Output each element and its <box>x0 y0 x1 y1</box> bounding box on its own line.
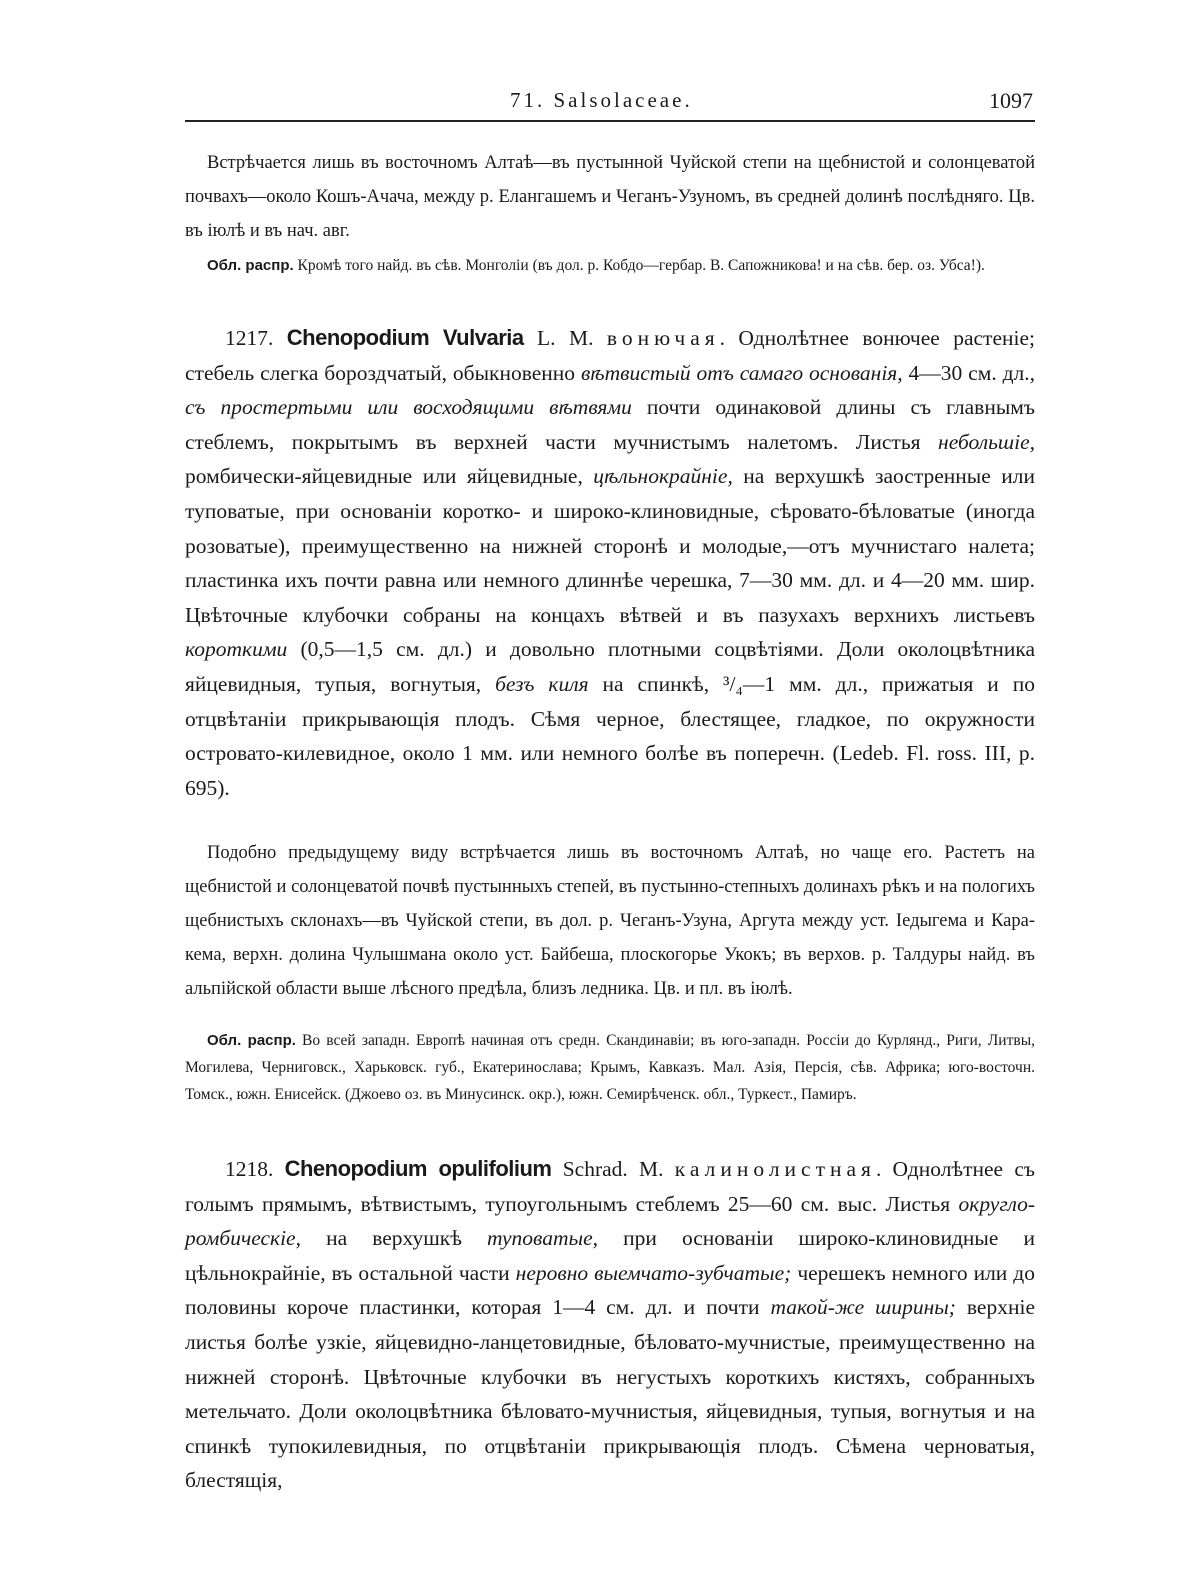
habitat-text: Подобно предыдущему виду встрѣчается лиш… <box>185 836 1035 1006</box>
species-entry-1218: 1218. Chenopodium opulifolium Schrad. М.… <box>185 1152 1035 1498</box>
page-number: 1097 <box>989 88 1033 114</box>
emphasis-text: неровно выемчато-зубчатые; <box>516 1261 792 1285</box>
habitat-paragraph-1217: Подобно предыдущему виду встрѣчается лиш… <box>185 836 1035 1006</box>
running-title: 71. Salsolaceae. <box>510 88 693 113</box>
running-header: 71. Salsolaceae. 1097 <box>185 88 1035 118</box>
description-text: 4—30 см. дл., <box>903 361 1035 385</box>
species-russian-name: калинолистная <box>675 1157 876 1181</box>
species-author: L. <box>524 326 569 350</box>
description-text: на верхушкѣ <box>301 1226 487 1250</box>
header-rule <box>185 120 1035 122</box>
species-genus-ru: М. <box>569 326 607 350</box>
species-latin-name: Chenopodium opulifolium <box>285 1156 552 1181</box>
description-text: верхніе листья болѣе узкіе, яйцевидно-ла… <box>185 1295 1035 1492</box>
description-text: на верхушкѣ заостренные или туповатые, п… <box>185 464 1035 626</box>
distribution-note-1216: Обл. распр. Кромѣ того найд. въ сѣв. Мон… <box>185 252 1035 279</box>
species-author: Schrad. <box>551 1157 639 1181</box>
emphasis-text: туповатые, <box>487 1226 598 1250</box>
distribution-label: Обл. распр. <box>207 257 294 274</box>
emphasis-text: небольшіе, <box>938 430 1035 454</box>
species-number: 1217. <box>225 326 287 350</box>
habitat-paragraph-1216: Встрѣчается лишь въ восточномъ Алтаѣ—въ … <box>185 146 1035 248</box>
description-text: ромбически-яйцевидные или яйцевидные, <box>185 464 593 488</box>
emphasis-text: безъ киля <box>495 672 588 696</box>
distribution-text: Во всей западн. Европѣ начиная отъ средн… <box>185 1032 1035 1103</box>
emphasis-text: короткими <box>185 637 287 661</box>
distribution-note-1217: Обл. распр. Во всей западн. Европѣ начин… <box>185 1027 1035 1108</box>
emphasis-text: цѣльнокрайніе, <box>593 464 733 488</box>
species-number: 1218. <box>225 1157 285 1181</box>
distribution-label: Обл. распр. <box>207 1032 296 1049</box>
species-entry-1217: 1217. Chenopodium Vulvaria L. М. вонючая… <box>185 321 1035 805</box>
emphasis-text: съ простертыми или восходящими вѣтвями <box>185 395 632 419</box>
emphasis-text: вѣтвистый отъ самаго основанія, <box>581 361 903 385</box>
habitat-text: Встрѣчается лишь въ восточномъ Алтаѣ—въ … <box>185 146 1035 248</box>
species-latin-name: Chenopodium Vulvaria <box>287 325 524 350</box>
species-genus-ru: М. <box>639 1157 675 1181</box>
distribution-text: Кромѣ того найд. въ сѣв. Монголіи (въ до… <box>294 257 985 274</box>
emphasis-text: такой-же ширины; <box>770 1295 956 1319</box>
species-russian-name: вонючая <box>607 326 720 350</box>
